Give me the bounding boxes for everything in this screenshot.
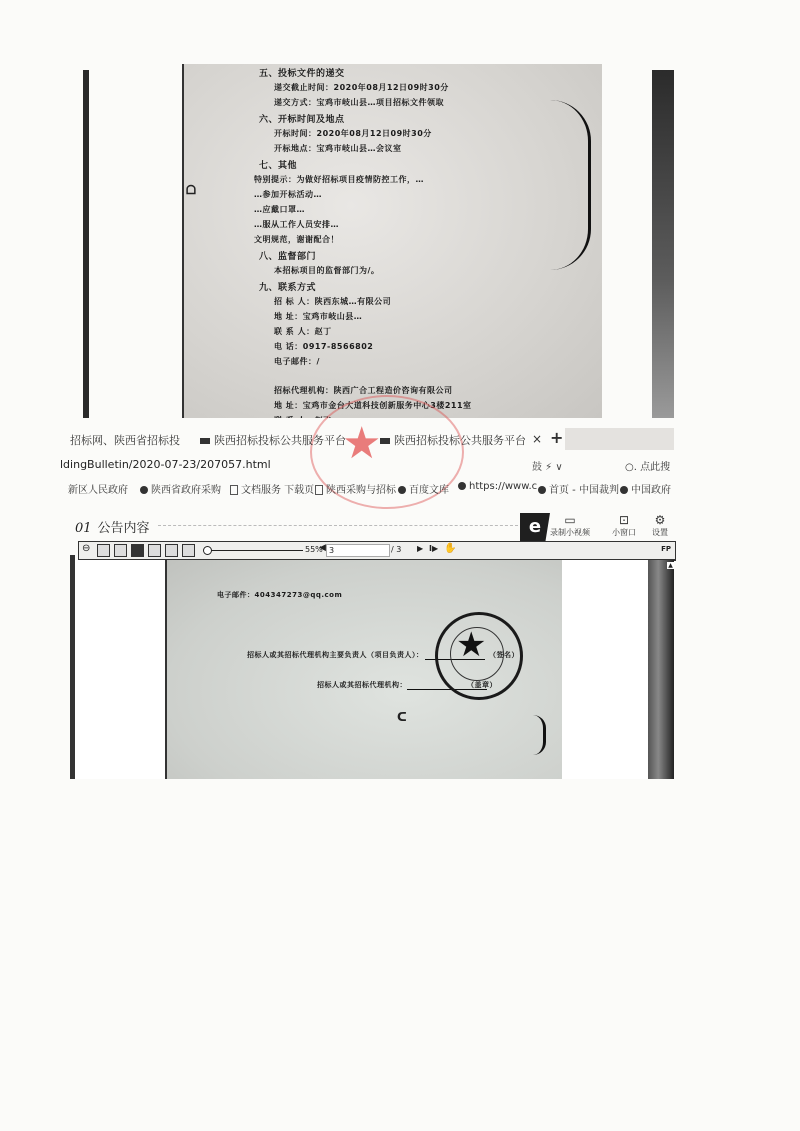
print-icon[interactable]: ⊖ (82, 543, 90, 554)
button-label: 设置 (652, 528, 668, 537)
doc-line: 开标地点：宝鸡市岐山县…会议室 (274, 143, 402, 154)
zoom-slider-handle[interactable] (203, 546, 212, 555)
text-select-icon[interactable]: I▶ (429, 544, 438, 553)
scrollbar-top[interactable] (652, 70, 674, 418)
globe-icon (458, 482, 466, 490)
view-single-icon[interactable] (97, 544, 110, 557)
pdf-toolbar: ⊖ 55% ◀ 3 / 3 ▶ I▶ ✋ FP (78, 541, 676, 561)
signature-line-1: 招标人或其招标代理机构主要负责人（项目负责人）： (247, 650, 424, 660)
prev-page-icon[interactable]: ◀ (319, 543, 326, 553)
bookmark-label: 陕西采购与招标 (326, 485, 396, 496)
tab-1[interactable]: 招标网、陕西省招标投 (70, 432, 180, 448)
page-number-input[interactable]: 3 (326, 544, 390, 557)
tab-2[interactable]: 陕西招标投标公共服务平台 (200, 432, 346, 448)
doc-section-heading: 六、开标时间及地点 (259, 112, 345, 125)
doc-line: 联 系 人：赵丁 (274, 326, 332, 337)
tab-label: 招标网、陕西省招标投 (70, 434, 180, 447)
cursor-icon: ᗝ (186, 183, 196, 198)
view-facing-icon[interactable] (131, 544, 144, 557)
bookmark-label: 新区人民政府 (68, 485, 128, 496)
url-text[interactable]: ldingBulletin/2020-07-23/207057.html (60, 458, 271, 471)
bookmark-item[interactable]: 新区人民政府 (68, 481, 128, 496)
tab-label: 陕西招标投标公共服务平台 (394, 434, 526, 447)
search-box[interactable]: ○. 点此搜 (625, 458, 670, 473)
doc-line: 开标时间：2020年08月12日09时30分 (274, 128, 432, 139)
gear-icon: ⚙ (630, 513, 690, 527)
doc-line: …参加开标活动… (254, 189, 322, 200)
document-page-top: 五、投标文件的递交递交截止时间：2020年08月12日09时30分递交方式：宝鸡… (182, 64, 602, 418)
viewer-left-border (83, 70, 89, 418)
section-number: 01 (75, 521, 92, 536)
doc-line: …服从工作人员安排… (254, 219, 339, 230)
bookmark-label: 中国政府 (631, 485, 671, 496)
doc-line: …应戴口罩… (254, 204, 305, 215)
doc-line: 电 话：0917-8566802 (274, 341, 373, 352)
bookmark-item[interactable]: https://www.c (458, 481, 537, 492)
view-continuous-icon[interactable] (114, 544, 127, 557)
browser-window: 招标网、陕西省招标投 陕西招标投标公共服务平台 陕西招标投标公共服务平台 × +… (60, 428, 674, 520)
section-divider (158, 525, 518, 526)
settings-button[interactable]: ⚙设置 (630, 513, 690, 538)
doc-line: 地 址：宝鸡市岐山县… (274, 311, 362, 322)
doc-line: 招标代理机构：陕西广合工程造价咨询有限公司 (274, 385, 453, 396)
bookmark-label: 百度文库 (409, 485, 449, 496)
bookmark-item[interactable]: 陕西省政府采购 (140, 481, 221, 496)
globe-icon (620, 486, 628, 494)
tab-bar: 招标网、陕西省招标投 陕西招标投标公共服务平台 陕西招标投标公共服务平台 × + (60, 428, 674, 450)
document-icon (230, 485, 238, 495)
doc-section-heading: 八、监督部门 (259, 249, 316, 262)
bookmark-item[interactable]: 首页 - 中国裁判 (538, 481, 619, 496)
globe-icon (538, 486, 546, 494)
star-icon: ★ (456, 625, 486, 665)
scroll-up-icon[interactable]: ▲ (667, 562, 674, 569)
pdf-viewer: ⊖ 55% ◀ 3 / 3 ▶ I▶ ✋ FP 电子邮件：404347273@q… (70, 541, 674, 779)
close-tab-icon[interactable]: × (532, 432, 542, 446)
button-label: 录制小视频 (550, 528, 590, 537)
fit-page-icon[interactable] (182, 544, 195, 557)
globe-icon (140, 486, 148, 494)
bookmark-label: https://www.c (469, 481, 537, 492)
hand-tool-icon[interactable]: ✋ (444, 543, 456, 554)
paw-icon (398, 486, 406, 494)
next-page-icon[interactable]: ▶ (417, 544, 423, 553)
doc-line: 特别提示：为做好招标项目疫情防控工作，… (254, 174, 424, 185)
tab-bar-empty (565, 428, 674, 450)
address-bar-actions[interactable]: 鼓 ⚡ ∨ (532, 458, 563, 473)
fit-height-icon[interactable] (165, 544, 178, 557)
doc-line: 联 系 人：赵飞 (274, 415, 332, 418)
bookmarks-bar: 新区人民政府 陕西省政府采购 文档服务 下载页 陕西采购与招标 百度文库 htt… (60, 478, 674, 498)
tab-3-active[interactable]: 陕西招标投标公共服务平台 (380, 432, 526, 448)
signature-line-2: 招标人或其招标代理机构： (317, 680, 407, 690)
doc-section-heading: 五、投标文件的递交 (259, 66, 345, 79)
email-line: 电子邮件：404347273@qq.com (217, 590, 342, 600)
stamp-arc (533, 715, 546, 755)
fit-width-icon[interactable] (148, 544, 161, 557)
doc-line: 本招标项目的监督部门为/。 (274, 265, 379, 276)
fp-label: FP (661, 545, 671, 553)
company-seal: ★ (435, 612, 523, 700)
record-video-button[interactable]: ▭录制小视频 (540, 513, 600, 538)
document-page-bottom: 电子邮件：404347273@qq.com 招标人或其招标代理机构主要负责人（项… (167, 560, 562, 779)
bookmark-item[interactable]: 陕西采购与招标 (315, 481, 396, 496)
scrollbar-bottom[interactable]: ▲ (648, 560, 674, 779)
tab-label: 陕西招标投标公共服务平台 (214, 434, 346, 447)
site-icon (200, 438, 210, 444)
doc-line: 递交截止时间：2020年08月12日09时30分 (274, 82, 449, 93)
address-bar[interactable]: ldingBulletin/2020-07-23/207057.html 鼓 ⚡… (60, 454, 674, 476)
doc-line: 招 标 人：陕西东城…有限公司 (274, 296, 391, 307)
bookmark-item[interactable]: 中国政府 (620, 481, 671, 496)
doc-section-heading: 七、其他 (259, 158, 297, 171)
bookmark-label: 文档服务 下载页 (241, 485, 314, 496)
viewer-right-area (562, 560, 648, 779)
new-tab-button[interactable]: + (550, 428, 563, 447)
section-title: 公告内容 (98, 521, 150, 536)
bookmark-item[interactable]: 文档服务 下载页 (230, 481, 314, 496)
document-icon (315, 485, 323, 495)
section-heading: 01公告内容 (75, 517, 150, 536)
bookmark-label: 首页 - 中国裁判 (549, 485, 619, 496)
page-total: / 3 (391, 545, 401, 554)
site-icon (380, 438, 390, 444)
stamp-partial (550, 100, 590, 280)
thumbnail-pane (75, 560, 167, 779)
video-icon: ▭ (540, 513, 600, 527)
doc-line: 递交方式：宝鸡市岐山县…项目招标文件领取 (274, 97, 444, 108)
bookmark-item[interactable]: 百度文库 (398, 481, 449, 496)
doc-section-heading: 九、联系方式 (259, 280, 316, 293)
zoom-slider-track[interactable] (205, 550, 303, 551)
doc-line: 文明规范，谢谢配合！ (254, 234, 339, 245)
cursor-icon: ᑕ (397, 710, 407, 724)
doc-line: 电子邮件：/ (274, 356, 320, 367)
bookmark-label: 陕西省政府采购 (151, 485, 221, 496)
